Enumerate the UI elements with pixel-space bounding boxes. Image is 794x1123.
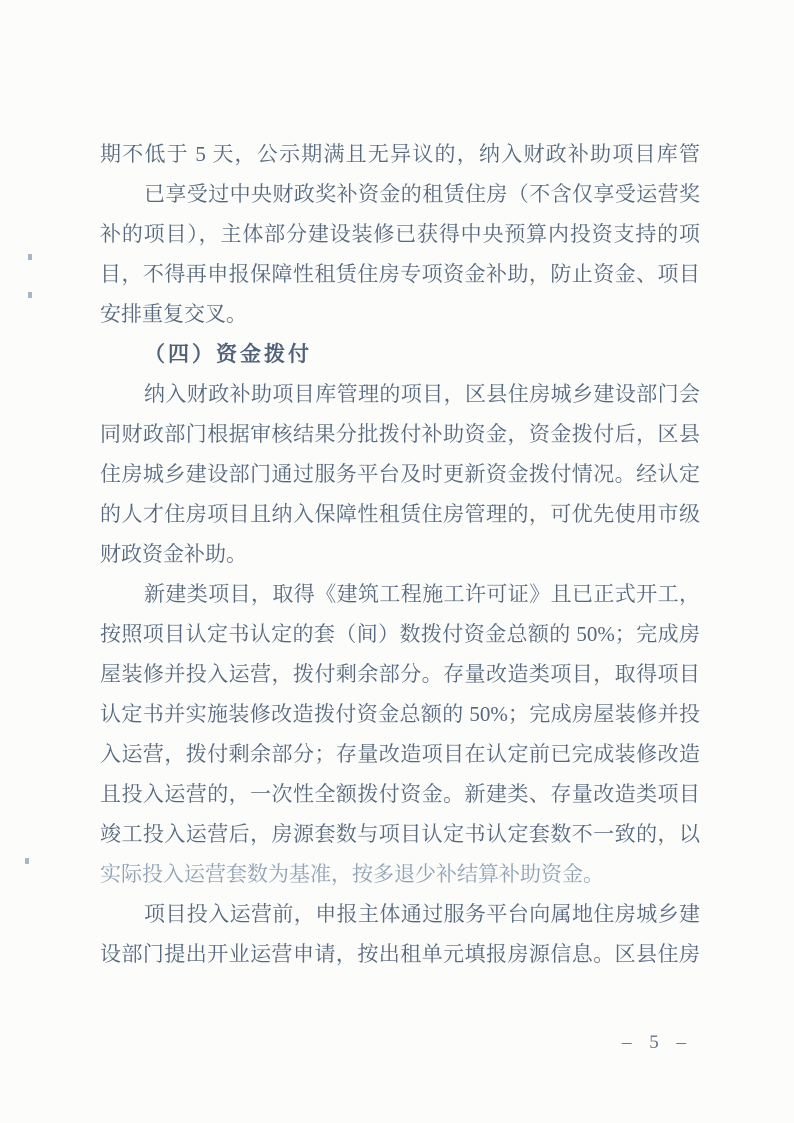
text-line: 竣工投入运营后，房源套数与项目认定书认定套数不一致的，以: [100, 814, 700, 854]
scan-artifact-dot: [28, 254, 32, 260]
section-heading: （四）资金拨付: [100, 334, 700, 374]
text-line: 屋装修并投入运营，拨付剩余部分。存量改造类项目，取得项目: [100, 654, 700, 694]
text-line: 实际投入运营套数为基准，按多退少补结算补助资金。: [100, 854, 700, 894]
text-line: 财政资金补助。: [100, 534, 700, 574]
text-line: 设部门提出开业运营申请，按出租单元填报房源信息。区县住房: [100, 934, 700, 974]
text-line: 安排重复交叉。: [100, 294, 700, 334]
page-number: – 5 –: [622, 1030, 690, 1056]
text-line: 新建类项目，取得《建筑工程施工许可证》且已正式开工，: [100, 574, 700, 614]
text-line: 目，不得再申报保障性租赁住房专项资金补助，防止资金、项目: [100, 254, 700, 294]
text-line: 住房城乡建设部门通过服务平台及时更新资金拨付情况。经认定: [100, 454, 700, 494]
text-line: 且投入运营的，一次性全额拨付资金。新建类、存量改造类项目: [100, 774, 700, 814]
text-line: 已享受过中央财政奖补资金的租赁住房（不含仅享受运营奖: [100, 174, 700, 214]
text-line: 的人才住房项目且纳入保障性租赁住房管理的，可优先使用市级: [100, 494, 700, 534]
text-line: 纳入财政补助项目库管理的项目，区县住房城乡建设部门会: [100, 374, 700, 414]
document-page: 期不低于 5 天，公示期满且无异议的，纳入财政补助项目库管理。已享受过中央财政奖…: [0, 0, 794, 1123]
text-content: 期不低于 5 天，公示期满且无异议的，纳入财政补助项目库管理。已享受过中央财政奖…: [100, 134, 700, 974]
text-line: 项目投入运营前，申报主体通过服务平台向属地住房城乡建: [100, 894, 700, 934]
scan-artifact-dot: [25, 858, 29, 864]
text-line: 认定书并实施装修改造拨付资金总额的 50%；完成房屋装修并投: [100, 694, 700, 734]
scan-artifact-dot: [28, 292, 32, 298]
text-line: 入运营，拨付剩余部分；存量改造项目在认定前已完成装修改造: [100, 734, 700, 774]
text-line: 按照项目认定书认定的套（间）数拨付资金总额的 50%；完成房: [100, 614, 700, 654]
text-line: 补的项目），主体部分建设装修已获得中央预算内投资支持的项: [100, 214, 700, 254]
text-line: 同财政部门根据审核结果分批拨付补助资金，资金拨付后，区县: [100, 414, 700, 454]
text-line: 期不低于 5 天，公示期满且无异议的，纳入财政补助项目库管理。: [100, 134, 700, 174]
